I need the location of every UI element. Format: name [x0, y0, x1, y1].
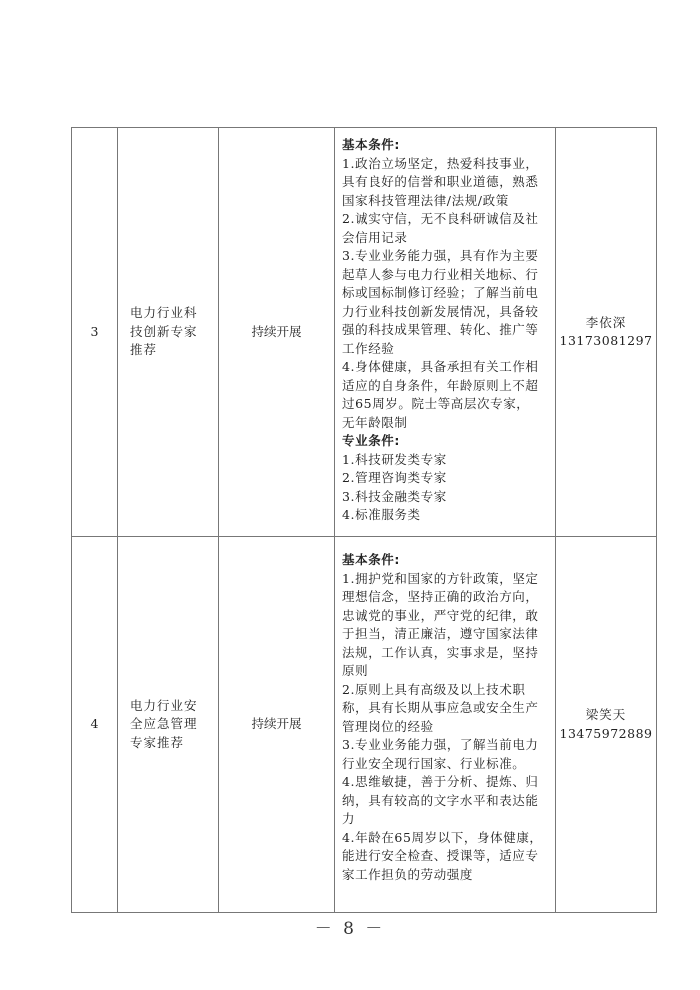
- requirement-line: 3.专业业务能力强，具有作为主要: [342, 247, 551, 266]
- requirement-line: 法规，工作认真，实事求是，坚持: [342, 644, 551, 663]
- requirement-line: 2.诚实守信，无不良科研诚信及社: [342, 210, 551, 229]
- requirement-line: 理想信念，坚持正确的政治方向，: [342, 588, 551, 607]
- basic-conditions-heading: 基本条件:: [342, 551, 551, 570]
- requirement-line: 过65周岁。院士等高层次专家，: [342, 395, 551, 414]
- professional-conditions-heading: 专业条件:: [342, 432, 551, 451]
- requirement-line: 无年龄限制: [342, 414, 551, 433]
- contact-phone: 13475972889: [556, 725, 656, 744]
- requirement-line: 具有良好的信誉和职业道德，熟悉: [342, 173, 551, 192]
- requirement-line: 国家科技管理法律/法规/政策: [342, 192, 551, 211]
- professional-line: 3.科技金融类专家: [342, 488, 551, 507]
- requirement-line: 1.拥护党和国家的方针政策，坚定: [342, 570, 551, 589]
- requirement-line: 忠诚党的事业，严守党的纪律，敢: [342, 607, 551, 626]
- requirement-line: 原则: [342, 662, 551, 681]
- requirement-line: 行业安全现行国家、行业标准。: [342, 755, 551, 774]
- table-row: 3 电力行业科技创新专家推荐 持续开展 基本条件: 1.政治立场坚定，热爱科技事…: [72, 128, 657, 537]
- requirement-line: 于担当，清正廉洁，遵守国家法律: [342, 625, 551, 644]
- item-status: 持续开展: [219, 537, 335, 913]
- requirement-line: 1.政治立场坚定，热爱科技事业，: [342, 155, 551, 174]
- requirement-line: 适应的自身条件，年龄原则上不超: [342, 377, 551, 396]
- professional-line: 1.科技研发类专家: [342, 451, 551, 470]
- table-row: 4 电力行业安全应急管理专家推荐 持续开展 基本条件: 1.拥护党和国家的方针政…: [72, 537, 657, 913]
- requirements-cell: 基本条件: 1.政治立场坚定，热爱科技事业， 具有良好的信誉和职业道德，熟悉 国…: [335, 128, 556, 537]
- requirements-cell: 基本条件: 1.拥护党和国家的方针政策，坚定 理想信念，坚持正确的政治方向， 忠…: [335, 537, 556, 913]
- requirement-line: 力: [342, 810, 551, 829]
- requirement-line: 4.身体健康，具备承担有关工作相: [342, 358, 551, 377]
- item-name: 电力行业科技创新专家推荐: [118, 128, 219, 537]
- row-index: 4: [72, 537, 118, 913]
- contact-cell: 李依深 13173081297: [556, 128, 657, 537]
- item-status: 持续开展: [219, 128, 335, 537]
- requirement-line: 强的科技成果管理、转化、推广等: [342, 321, 551, 340]
- requirement-line: 力行业科技创新发展情况，具备较: [342, 303, 551, 322]
- contact-cell: 梁笑天 13475972889: [556, 537, 657, 913]
- requirement-line: 标或国标制修订经验；了解当前电: [342, 284, 551, 303]
- requirement-line: 纳，具有较高的文字水平和表达能: [342, 792, 551, 811]
- row-index: 3: [72, 128, 118, 537]
- requirement-line: 起草人参与电力行业相关地标、行: [342, 266, 551, 285]
- professional-line: 4.标准服务类: [342, 506, 551, 525]
- requirement-line: 2.原则上具有高级及以上技术职: [342, 681, 551, 700]
- requirement-line: 会信用记录: [342, 229, 551, 248]
- page-number: － 8 －: [0, 914, 700, 939]
- expert-recommendation-table: 3 电力行业科技创新专家推荐 持续开展 基本条件: 1.政治立场坚定，热爱科技事…: [71, 127, 657, 913]
- requirement-line: 4.思维敏捷，善于分析、提炼、归: [342, 773, 551, 792]
- requirement-line: 4.年龄在65周岁以下，身体健康，: [342, 829, 551, 848]
- document-page: 3 电力行业科技创新专家推荐 持续开展 基本条件: 1.政治立场坚定，热爱科技事…: [0, 0, 700, 990]
- item-name: 电力行业安全应急管理专家推荐: [118, 537, 219, 913]
- professional-line: 2.管理咨询类专家: [342, 469, 551, 488]
- requirement-line: 称，具有长期从事应急或安全生产: [342, 699, 551, 718]
- contact-name: 李依深: [556, 314, 656, 333]
- requirement-line: 管理岗位的经验: [342, 718, 551, 737]
- requirement-line: 能进行安全检查、授课等，适应专: [342, 847, 551, 866]
- contact-name: 梁笑天: [556, 706, 656, 725]
- basic-conditions-heading: 基本条件:: [342, 136, 551, 155]
- requirement-line: 工作经验: [342, 340, 551, 359]
- requirement-line: 家工作担负的劳动强度: [342, 866, 551, 885]
- contact-phone: 13173081297: [556, 332, 656, 351]
- requirement-line: 3.专业业务能力强，了解当前电力: [342, 736, 551, 755]
